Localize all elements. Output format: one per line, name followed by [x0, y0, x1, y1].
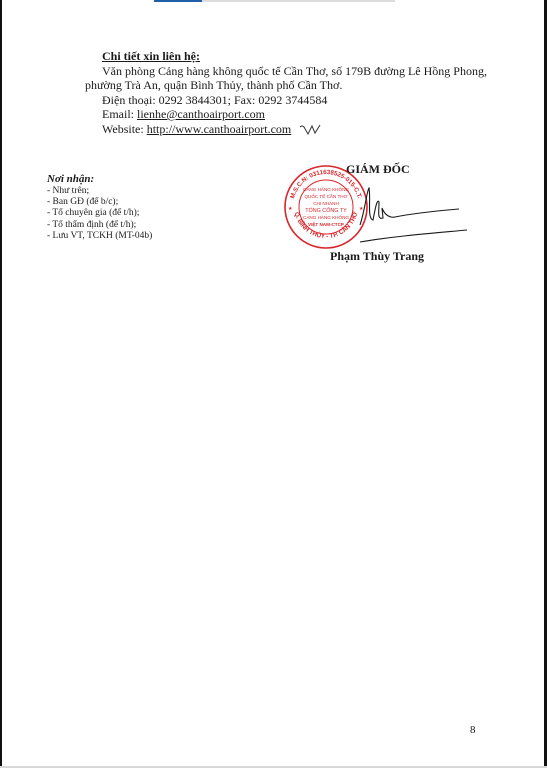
contact-address-line-2: phường Trà An, quận Bình Thủy, thành phố…	[85, 78, 487, 93]
recipient-item: - Ban GĐ (để b/c);	[47, 197, 152, 208]
handwritten-initials-icon	[299, 124, 321, 136]
signer-title: GIÁM ĐỐC	[346, 162, 410, 177]
viewer-left-edge	[0, 0, 2, 768]
stamp-line: CẢNG HÀNG KHÔNG	[303, 186, 349, 192]
page-number: 8	[470, 724, 476, 736]
contact-address-line-1: Văn phòng Cảng hàng không quốc tế Cần Th…	[102, 64, 487, 79]
handwritten-signature	[355, 180, 470, 245]
email-label: Email:	[102, 107, 137, 121]
website-link[interactable]: http://www.canthoairport.com	[147, 122, 292, 136]
stamp-line: TỔNG CÔNG TY	[305, 207, 347, 214]
signer-name: Phạm Thùy Trang	[330, 249, 424, 264]
email-link[interactable]: lienhe@canthoairport.com	[137, 107, 265, 121]
contact-heading: Chi tiết xin liên hệ:	[102, 49, 487, 64]
contact-phone: Điện thoại: 0292 3844301; Fax: 0292 3744…	[102, 93, 487, 108]
recipients-title: Nơi nhận:	[47, 173, 152, 186]
recipients-block: Nơi nhận: - Như trên; - Ban GĐ (để b/c);…	[47, 173, 152, 242]
contact-email-row: Email: lienhe@canthoairport.com	[102, 107, 487, 122]
website-label: Website:	[102, 122, 147, 136]
stamp-line: QUỐC TẾ CẦN THƠ	[304, 193, 347, 199]
stamp-line: CHI NHÁNH	[313, 200, 339, 206]
stamp-line: CẢNG HÀNG KHÔNG	[303, 214, 349, 220]
recipient-item: - Tổ chuyên gia (để t/h);	[47, 208, 152, 219]
load-progress-bar	[154, 0, 395, 2]
recipient-item: - Tổ thẩm định (để t/h);	[47, 220, 152, 231]
recipient-item: - Lưu VT, TCKH (MT-04b)	[47, 231, 152, 242]
contact-website-row: Website: http://www.canthoairport.com	[102, 122, 487, 137]
contact-details: Chi tiết xin liên hệ: Văn phòng Cảng hàn…	[102, 49, 487, 136]
stamp-line: VIỆT NAM-CTCP	[308, 220, 344, 227]
recipient-item: - Như trên;	[47, 186, 152, 197]
load-progress-fill	[154, 0, 202, 2]
svg-text:★: ★	[288, 206, 293, 212]
